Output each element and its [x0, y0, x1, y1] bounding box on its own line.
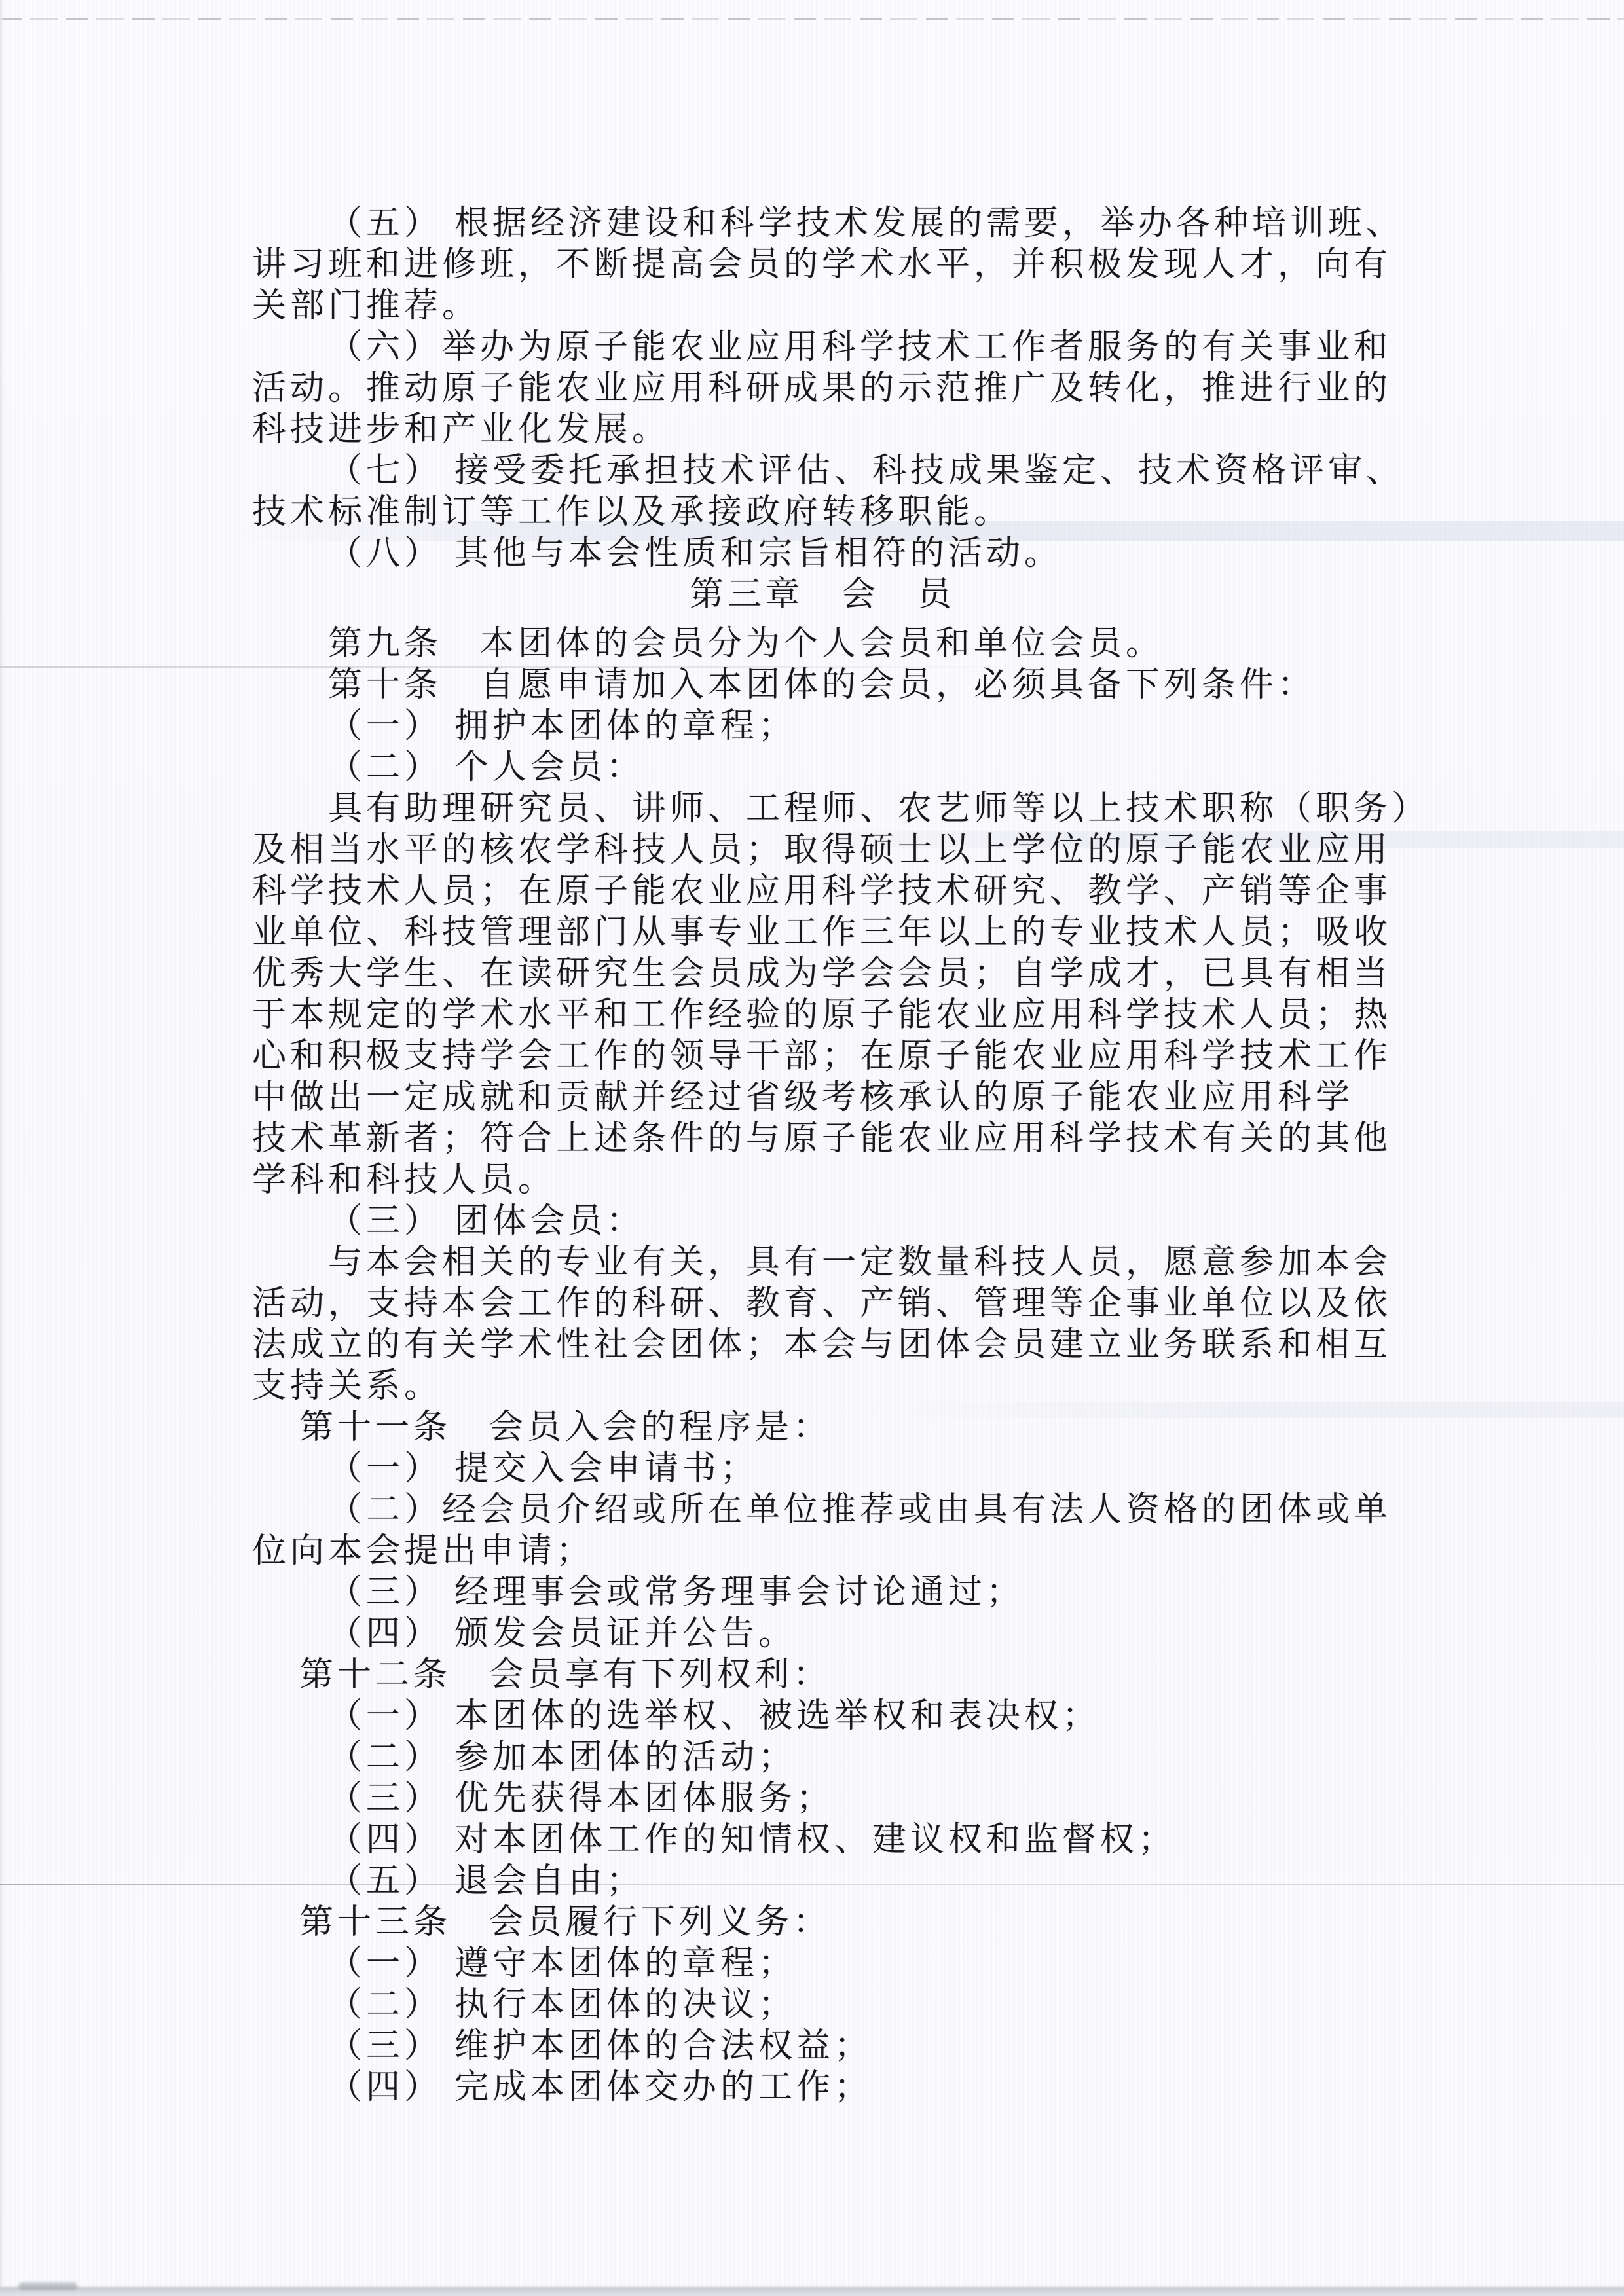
- article-line: 第十三条 会员履行下列义务：: [252, 1902, 1393, 1943]
- text-line: 具有助理研究员、讲师、工程师、农艺师等以上技术职称（职务）: [252, 788, 1393, 829]
- text-line: 中做出一定成就和贡献并经过省级考核承认的原子能农业应用科学: [252, 1077, 1393, 1118]
- article-line: 第十二条 会员享有下列权利：: [252, 1654, 1393, 1696]
- text-line: （二） 执行本团体的决议；: [252, 1984, 1393, 2026]
- scan-artifact-bottom-edge: [0, 2285, 1624, 2296]
- chapter-heading: 第三章 会 员: [252, 574, 1393, 615]
- text-line: 业单位、科技管理部门从事专业工作三年以上的专业技术人员；吸收: [252, 912, 1393, 953]
- text-line: （四） 颁发会员证并公告。: [252, 1613, 1393, 1654]
- text-line: （四） 完成本团体交办的工作；: [252, 2067, 1393, 2108]
- text-line: 及相当水平的核农学科技人员；取得硕士以上学位的原子能农业应用: [252, 829, 1393, 871]
- text-line: （三） 维护本团体的合法权益；: [252, 2026, 1393, 2067]
- text-line: 学科和科技人员。: [252, 1159, 1393, 1201]
- text-line: 优秀大学生、在读研究生会员成为学会会员；自学成才，已具有相当: [252, 953, 1393, 994]
- scan-artifact-top-dashed-line: [0, 18, 1624, 20]
- text-line: （一） 本团体的选举权、被选举权和表决权；: [252, 1696, 1393, 1737]
- text-line: （一） 提交入会申请书；: [252, 1448, 1393, 1489]
- text-line: 技术标准制订等工作以及承接政府转移职能。: [252, 492, 1393, 533]
- text-line: （一） 拥护本团体的章程；: [252, 706, 1393, 747]
- text-line: （二） 个人会员：: [252, 747, 1393, 788]
- text-line: （五） 根据经济建设和科学技术发展的需要，举办各种培训班、: [252, 203, 1393, 244]
- scanned-page: （五） 根据经济建设和科学技术发展的需要，举办各种培训班、 讲习班和进修班，不断…: [0, 0, 1624, 2296]
- scan-artifact-left-edge: [0, 0, 5, 2296]
- text-line: （五） 退会自由；: [252, 1861, 1393, 1902]
- text-line: 与本会相关的专业有关，具有一定数量科技人员，愿意参加本会: [252, 1242, 1393, 1283]
- text-line: 活动，支持本会工作的科研、教育、产销、管理等企事业单位以及依: [252, 1283, 1393, 1324]
- text-line: （三） 经理事会或常务理事会讨论通过；: [252, 1572, 1393, 1613]
- text-line: 支持关系。: [252, 1366, 1393, 1407]
- text-line: 技术革新者；符合上述条件的与原子能农业应用科学技术有关的其他: [252, 1118, 1393, 1159]
- text-line: （三） 优先获得本团体服务；: [252, 1778, 1393, 1819]
- text-line: （七） 接受委托承担技术评估、科技成果鉴定、技术资格评审、: [252, 450, 1393, 492]
- document-body: （五） 根据经济建设和科学技术发展的需要，举办各种培训班、 讲习班和进修班，不断…: [252, 203, 1393, 2108]
- text-line: （三） 团体会员：: [252, 1201, 1393, 1242]
- text-line: 科技进步和产业化发展。: [252, 409, 1393, 450]
- scan-artifact-smudge: [18, 2282, 77, 2290]
- text-line: 科学技术人员；在原子能农业应用科学技术研究、教学、产销等企事: [252, 871, 1393, 912]
- text-line: 法成立的有关学术性社会团体；本会与团体会员建立业务联系和相互: [252, 1324, 1393, 1366]
- text-line: （八） 其他与本会性质和宗旨相符的活动。: [252, 533, 1393, 574]
- text-line: 活动。推动原子能农业应用科研成果的示范推广及转化，推进行业的: [252, 368, 1393, 409]
- text-line: （二）经会员介绍或所在单位推荐或由具有法人资格的团体或单: [252, 1489, 1393, 1531]
- article-line: 第十条 自愿申请加入本团体的会员，必须具备下列条件：: [252, 665, 1393, 706]
- text-line: （二） 参加本团体的活动；: [252, 1737, 1393, 1778]
- text-line: （六）举办为原子能农业应用科学技术工作者服务的有关事业和: [252, 327, 1393, 368]
- text-line: （四） 对本团体工作的知情权、建议权和监督权；: [252, 1819, 1393, 1861]
- text-line: 心和积极支持学会工作的领导干部；在原子能农业应用科学技术工作: [252, 1036, 1393, 1077]
- text-line: 于本规定的学术水平和工作经验的原子能农业应用科学技术人员；热: [252, 994, 1393, 1036]
- article-line: 第九条 本团体的会员分为个人会员和单位会员。: [252, 623, 1393, 665]
- text-line: 位向本会提出申请；: [252, 1531, 1393, 1572]
- text-line: 关部门推荐。: [252, 285, 1393, 327]
- article-line: 第十一条 会员入会的程序是：: [252, 1407, 1393, 1448]
- text-line: （一） 遵守本团体的章程；: [252, 1943, 1393, 1984]
- text-line: 讲习班和进修班，不断提高会员的学术水平，并积极发现人才，向有: [252, 244, 1393, 285]
